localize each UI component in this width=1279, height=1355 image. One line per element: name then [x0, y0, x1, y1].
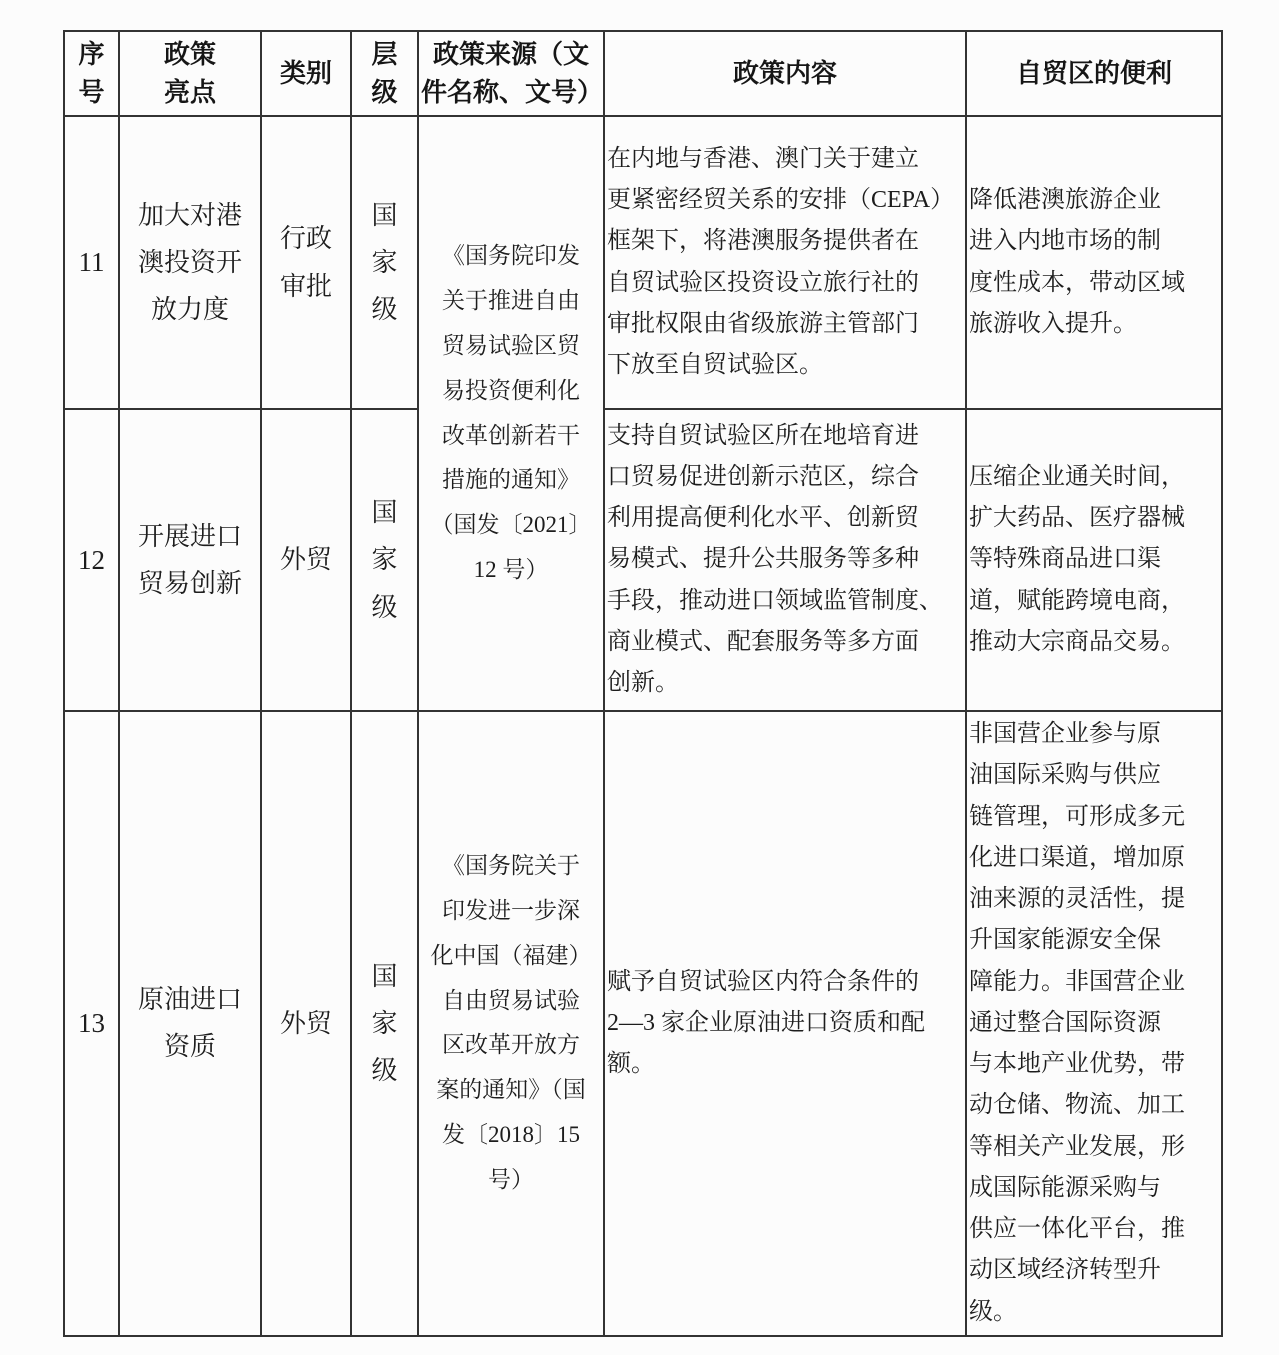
table-row-13: 13 原油进口 资质 外贸 国 家 级 《国务院关于 印发进一步深 化中国（福建…	[64, 711, 1222, 1336]
cell-highlight-11: 加大对港 澳投资开 放力度	[119, 116, 261, 409]
cell-serial-11: 11	[64, 116, 119, 409]
cell-content-12: 支持自贸试验区所在地培育进 口贸易促进创新示范区，综合 利用提高便利化水平、创新…	[604, 409, 966, 711]
cell-source-11-12-merged: 《国务院印发 关于推进自由 贸易试验区贸 易投资便利化 改革创新若干 措施的通知…	[418, 116, 604, 711]
cell-level-12: 国 家 级	[351, 409, 418, 711]
cell-highlight-13: 原油进口 资质	[119, 711, 261, 1336]
cell-level-11: 国 家 级	[351, 116, 418, 409]
header-level: 层 级	[351, 31, 418, 116]
table-row-11: 11 加大对港 澳投资开 放力度 行政 审批 国 家 级 《国务院印发 关于推进…	[64, 116, 1222, 409]
header-policy-highlight: 政策 亮点	[119, 31, 261, 116]
cell-highlight-12: 开展进口 贸易创新	[119, 409, 261, 711]
policy-table: 序 号 政策 亮点 类别 层 级 政策来源（文 件名称、文号） 政策内容 自贸区…	[63, 30, 1223, 1337]
cell-benefit-12: 压缩企业通关时间， 扩大药品、医疗器械 等特殊商品进口渠 道，赋能跨境电商， 推…	[966, 409, 1222, 711]
table-row-12: 12 开展进口 贸易创新 外贸 国 家 级 支持自贸试验区所在地培育进 口贸易促…	[64, 409, 1222, 711]
cell-serial-13: 13	[64, 711, 119, 1336]
header-serial-number: 序 号	[64, 31, 119, 116]
table-header-row: 序 号 政策 亮点 类别 层 级 政策来源（文 件名称、文号） 政策内容 自贸区…	[64, 31, 1222, 116]
cell-source-13: 《国务院关于 印发进一步深 化中国（福建） 自由贸易试验 区改革开放方 案的通知…	[418, 711, 604, 1336]
cell-level-13: 国 家 级	[351, 711, 418, 1336]
cell-benefit-11: 降低港澳旅游企业 进入内地市场的制 度性成本，带动区域 旅游收入提升。	[966, 116, 1222, 409]
cell-category-13: 外贸	[261, 711, 351, 1336]
cell-category-12: 外贸	[261, 409, 351, 711]
cell-category-11: 行政 审批	[261, 116, 351, 409]
cell-benefit-13: 非国营企业参与原 油国际采购与供应 链管理，可形成多元 化进口渠道，增加原 油来…	[966, 711, 1222, 1336]
document-page: 序 号 政策 亮点 类别 层 级 政策来源（文 件名称、文号） 政策内容 自贸区…	[0, 0, 1279, 1355]
cell-serial-12: 12	[64, 409, 119, 711]
header-ftz-benefit: 自贸区的便利	[966, 31, 1222, 116]
cell-content-11: 在内地与香港、澳门关于建立 更紧密经贸关系的安排（CEPA） 框架下，将港澳服务…	[604, 116, 966, 409]
header-policy-content: 政策内容	[604, 31, 966, 116]
header-category: 类别	[261, 31, 351, 116]
header-policy-source: 政策来源（文 件名称、文号）	[418, 31, 604, 116]
cell-content-13: 赋予自贸试验区内符合条件的 2—3 家企业原油进口资质和配 额。	[604, 711, 966, 1336]
